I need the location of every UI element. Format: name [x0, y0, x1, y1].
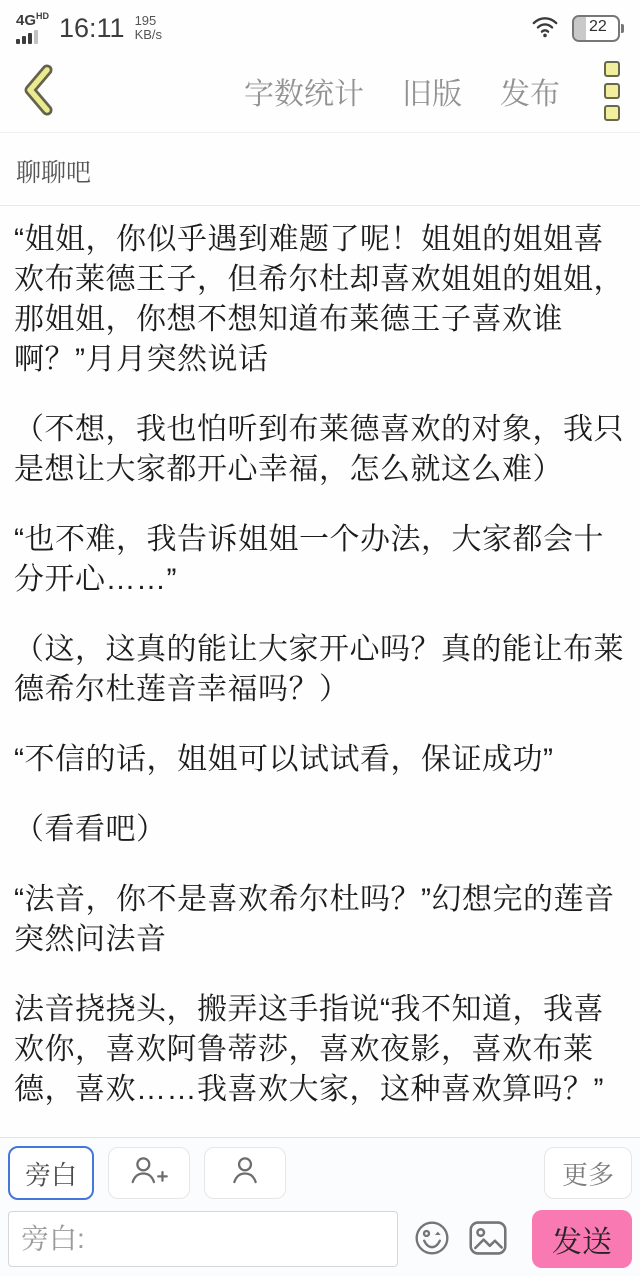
emoji-button[interactable]	[412, 1218, 452, 1261]
battery-percent: 22	[589, 18, 607, 36]
composer-toolbar: 旁白 更多	[0, 1138, 640, 1204]
image-button[interactable]	[466, 1218, 510, 1261]
add-character-button[interactable]	[108, 1147, 190, 1199]
battery-fill	[574, 17, 586, 40]
smiley-icon	[412, 1218, 452, 1261]
message-input[interactable]	[8, 1211, 398, 1267]
wifi-icon	[530, 13, 560, 44]
signal-bars-icon	[16, 30, 38, 44]
overflow-menu-icon[interactable]	[602, 59, 622, 123]
header-bar: 字数统计 旧版 发布	[0, 50, 640, 133]
person-add-icon	[126, 1153, 172, 1194]
publish-button[interactable]: 发布	[500, 69, 560, 113]
speed-value: 195	[135, 14, 162, 28]
more-button[interactable]: 更多	[544, 1147, 632, 1199]
story-text-area[interactable]: “姐姐，你似乎遇到难题了呢！姐姐的姐姐喜欢布莱德王子，但希尔杜却喜欢姐姐的姐姐，…	[0, 205, 640, 1137]
status-time: 16:11	[59, 13, 125, 44]
status-left-group: 4GHD 16:11 195 KB/s	[16, 12, 162, 44]
battery-indicator: 22	[572, 15, 624, 42]
battery-nub	[621, 24, 624, 33]
speed-unit: KB/s	[135, 28, 162, 42]
old-version-button[interactable]: 旧版	[402, 69, 462, 113]
send-button[interactable]: 发送	[532, 1210, 632, 1268]
story-paragraph: 法音挠挠头，搬弄这手指说“我不知道，我喜欢你，喜欢阿鲁蒂莎，喜欢夜影，喜欢布莱德…	[14, 990, 626, 1110]
character-button[interactable]	[204, 1147, 286, 1199]
network-speed-indicator: 195 KB/s	[135, 14, 162, 43]
person-icon	[228, 1153, 262, 1194]
back-button[interactable]	[18, 62, 58, 121]
battery-icon: 22	[572, 15, 620, 42]
page-title: 聊聊吧	[0, 133, 640, 205]
story-paragraph: “法音，你不是喜欢希尔杜吗？”幻想完的莲音突然问法音	[14, 880, 626, 960]
story-paragraph: “不信的话，姐姐可以试试看，保证成功”	[14, 740, 626, 780]
app-screen: 4GHD 16:11 195 KB/s 22	[0, 0, 640, 1276]
narration-mode-button[interactable]: 旁白	[8, 1146, 94, 1200]
story-paragraph: “姐姐，你似乎遇到难题了呢！姐姐的姐姐喜欢布莱德王子，但希尔杜却喜欢姐姐的姐姐，…	[14, 220, 626, 380]
back-chevron-icon	[18, 62, 58, 121]
story-paragraph: （不想，我也怕听到布莱德喜欢的对象，我只是想让大家都开心幸福，怎么就这么难）	[14, 410, 626, 490]
network-type-label: 4GHD	[16, 12, 49, 28]
status-right-group: 22	[530, 13, 624, 44]
word-count-button[interactable]: 字数统计	[244, 69, 364, 113]
cellular-signal-icon: 4GHD	[16, 12, 49, 44]
header-actions: 字数统计 旧版 发布	[244, 59, 622, 123]
image-icon	[466, 1218, 510, 1261]
story-paragraph: （这，这真的能让大家开心吗？真的能让布莱德希尔杜莲音幸福吗？）	[14, 630, 626, 710]
story-paragraph: “也不难，我告诉姐姐一个办法，大家都会十分开心……”	[14, 520, 626, 600]
story-paragraph: （看看吧）	[14, 810, 626, 850]
status-bar: 4GHD 16:11 195 KB/s 22	[0, 0, 640, 50]
composer-bar: 发送	[0, 1204, 640, 1276]
footer: 旁白 更多	[0, 1137, 640, 1276]
